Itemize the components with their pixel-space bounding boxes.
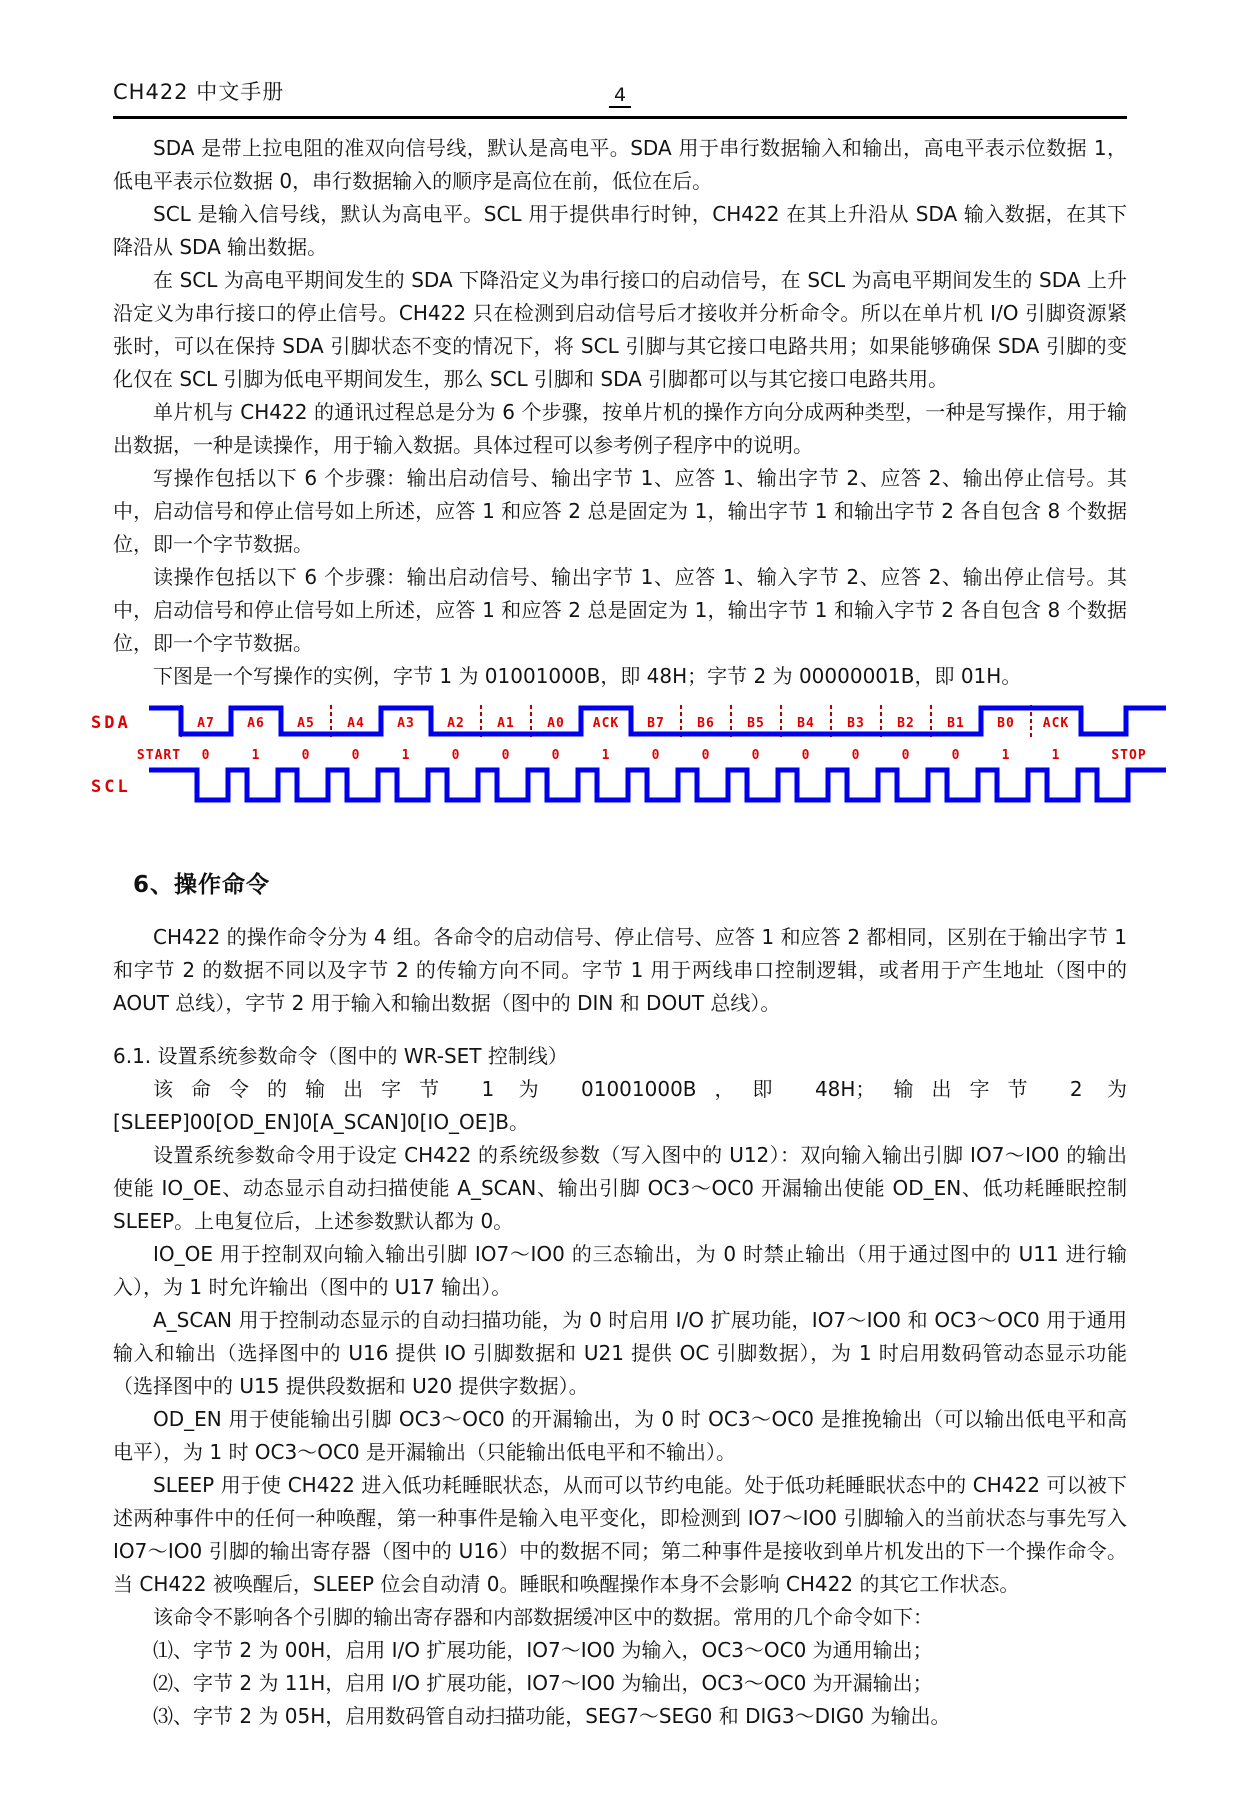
svg-text:B5: B5	[747, 716, 765, 731]
svg-text:B2: B2	[897, 716, 915, 731]
svg-text:0: 0	[652, 748, 661, 763]
svg-text:A6: A6	[247, 716, 265, 731]
page-header: CH422 中文手册 4	[113, 76, 1127, 119]
paragraph: 设置系统参数命令用于设定 CH422 的系统级参数（写入图中的 U12）：双向输…	[113, 1139, 1127, 1238]
svg-text:0: 0	[352, 748, 361, 763]
svg-text:B3: B3	[847, 716, 865, 731]
paragraph: OD_EN 用于使能输出引脚 OC3～OC0 的开漏输出，为 0 时 OC3～O…	[113, 1403, 1127, 1469]
timing-diagram-svg: SDASCLA70A61A50A40A31A20A10A00ACK1B70B60…	[81, 700, 1221, 808]
paragraph: IO_OE 用于控制双向输入输出引脚 IO7～IO0 的三态输出，为 0 时禁止…	[113, 1238, 1127, 1304]
svg-text:0: 0	[452, 748, 461, 763]
paragraph: SDA 是带上拉电阻的准双向信号线，默认是高电平。SDA 用于串行数据输入和输出…	[113, 132, 1127, 198]
svg-text:A1: A1	[497, 716, 515, 731]
svg-text:A7: A7	[197, 716, 215, 731]
svg-text:0: 0	[552, 748, 561, 763]
paragraph: SLEEP 用于使 CH422 进入低功耗睡眠状态，从而可以节约电能。处于低功耗…	[113, 1469, 1127, 1601]
svg-text:0: 0	[852, 748, 861, 763]
svg-text:START: START	[137, 748, 181, 763]
paragraph: 该命令不影响各个引脚的输出寄存器和内部数据缓冲区中的数据。常用的几个命令如下：	[113, 1601, 1127, 1634]
paragraph: CH422 的操作命令分为 4 组。各命令的启动信号、停止信号、应答 1 和应答…	[113, 921, 1127, 1020]
svg-text:B1: B1	[947, 716, 965, 731]
svg-text:B4: B4	[797, 716, 815, 731]
paragraph: SCL 是输入信号线，默认为高电平。SCL 用于提供串行时钟，CH422 在其上…	[113, 198, 1127, 264]
svg-text:A5: A5	[297, 716, 315, 731]
svg-text:STOP: STOP	[1111, 748, 1146, 763]
svg-text:A0: A0	[547, 716, 565, 731]
svg-text:0: 0	[502, 748, 511, 763]
svg-text:0: 0	[202, 748, 211, 763]
paragraph: 下图是一个写操作的实例，字节 1 为 01001000B，即 48H；字节 2 …	[113, 660, 1127, 693]
paragraph: 该命令的输出字节 1 为 01001000B，即 48H；输出字节 2 为[SL…	[113, 1073, 1127, 1139]
svg-text:1: 1	[602, 748, 611, 763]
svg-text:1: 1	[402, 748, 411, 763]
svg-text:B0: B0	[997, 716, 1015, 731]
page-number: 4	[609, 85, 631, 108]
list-item: ⑶、字节 2 为 05H，启用数码管自动扫描功能，SEG7～SEG0 和 DIG…	[113, 1700, 1127, 1733]
list-item: ⑴、字节 2 为 00H，启用 I/O 扩展功能，IO7～IO0 为输入，OC3…	[113, 1634, 1127, 1667]
svg-text:A4: A4	[347, 716, 365, 731]
doc-title: CH422 中文手册	[113, 80, 284, 104]
svg-text:A3: A3	[397, 716, 415, 731]
section-6-1-heading: 6.1. 设置系统参数命令（图中的 WR-SET 控制线）	[113, 1040, 1127, 1073]
paragraph: 读操作包括以下 6 个步骤：输出启动信号、输出字节 1、应答 1、输入字节 2、…	[113, 561, 1127, 660]
svg-text:B6: B6	[697, 716, 715, 731]
svg-text:0: 0	[902, 748, 911, 763]
section-6-heading: 6、操作命令	[133, 866, 1127, 899]
timing-diagram: SDASCLA70A61A50A40A31A20A10A00ACK1B70B60…	[81, 700, 1127, 812]
svg-text:0: 0	[952, 748, 961, 763]
svg-text:1: 1	[252, 748, 261, 763]
section-6-1-body: 该命令的输出字节 1 为 01001000B，即 48H；输出字节 2 为[SL…	[113, 1073, 1127, 1733]
paragraph: 在 SCL 为高电平期间发生的 SDA 下降沿定义为串行接口的启动信号，在 SC…	[113, 264, 1127, 396]
paragraph: 单片机与 CH422 的通讯过程总是分为 6 个步骤，按单片机的操作方向分成两种…	[113, 396, 1127, 462]
intro-section: SDA 是带上拉电阻的准双向信号线，默认是高电平。SDA 用于串行数据输入和输出…	[113, 132, 1127, 693]
svg-text:0: 0	[302, 748, 311, 763]
svg-text:1: 1	[1052, 748, 1061, 763]
list-item: ⑵、字节 2 为 11H，启用 I/O 扩展功能，IO7～IO0 为输出，OC3…	[113, 1667, 1127, 1700]
svg-text:B7: B7	[647, 716, 665, 731]
paragraph: A_SCAN 用于控制动态显示的自动扫描功能，为 0 时启用 I/O 扩展功能，…	[113, 1304, 1127, 1403]
svg-text:0: 0	[752, 748, 761, 763]
svg-text:0: 0	[702, 748, 711, 763]
svg-text:SDA: SDA	[91, 713, 131, 733]
svg-text:A2: A2	[447, 716, 465, 731]
svg-text:ACK: ACK	[1043, 716, 1069, 731]
svg-text:ACK: ACK	[593, 716, 619, 731]
svg-text:0: 0	[802, 748, 811, 763]
paragraph: 写操作包括以下 6 个步骤：输出启动信号、输出字节 1、应答 1、输出字节 2、…	[113, 462, 1127, 561]
svg-text:1: 1	[1002, 748, 1011, 763]
manual-page: CH422 中文手册 4 SDA 是带上拉电阻的准双向信号线，默认是高电平。SD…	[0, 0, 1240, 1793]
svg-text:SCL: SCL	[91, 777, 131, 797]
